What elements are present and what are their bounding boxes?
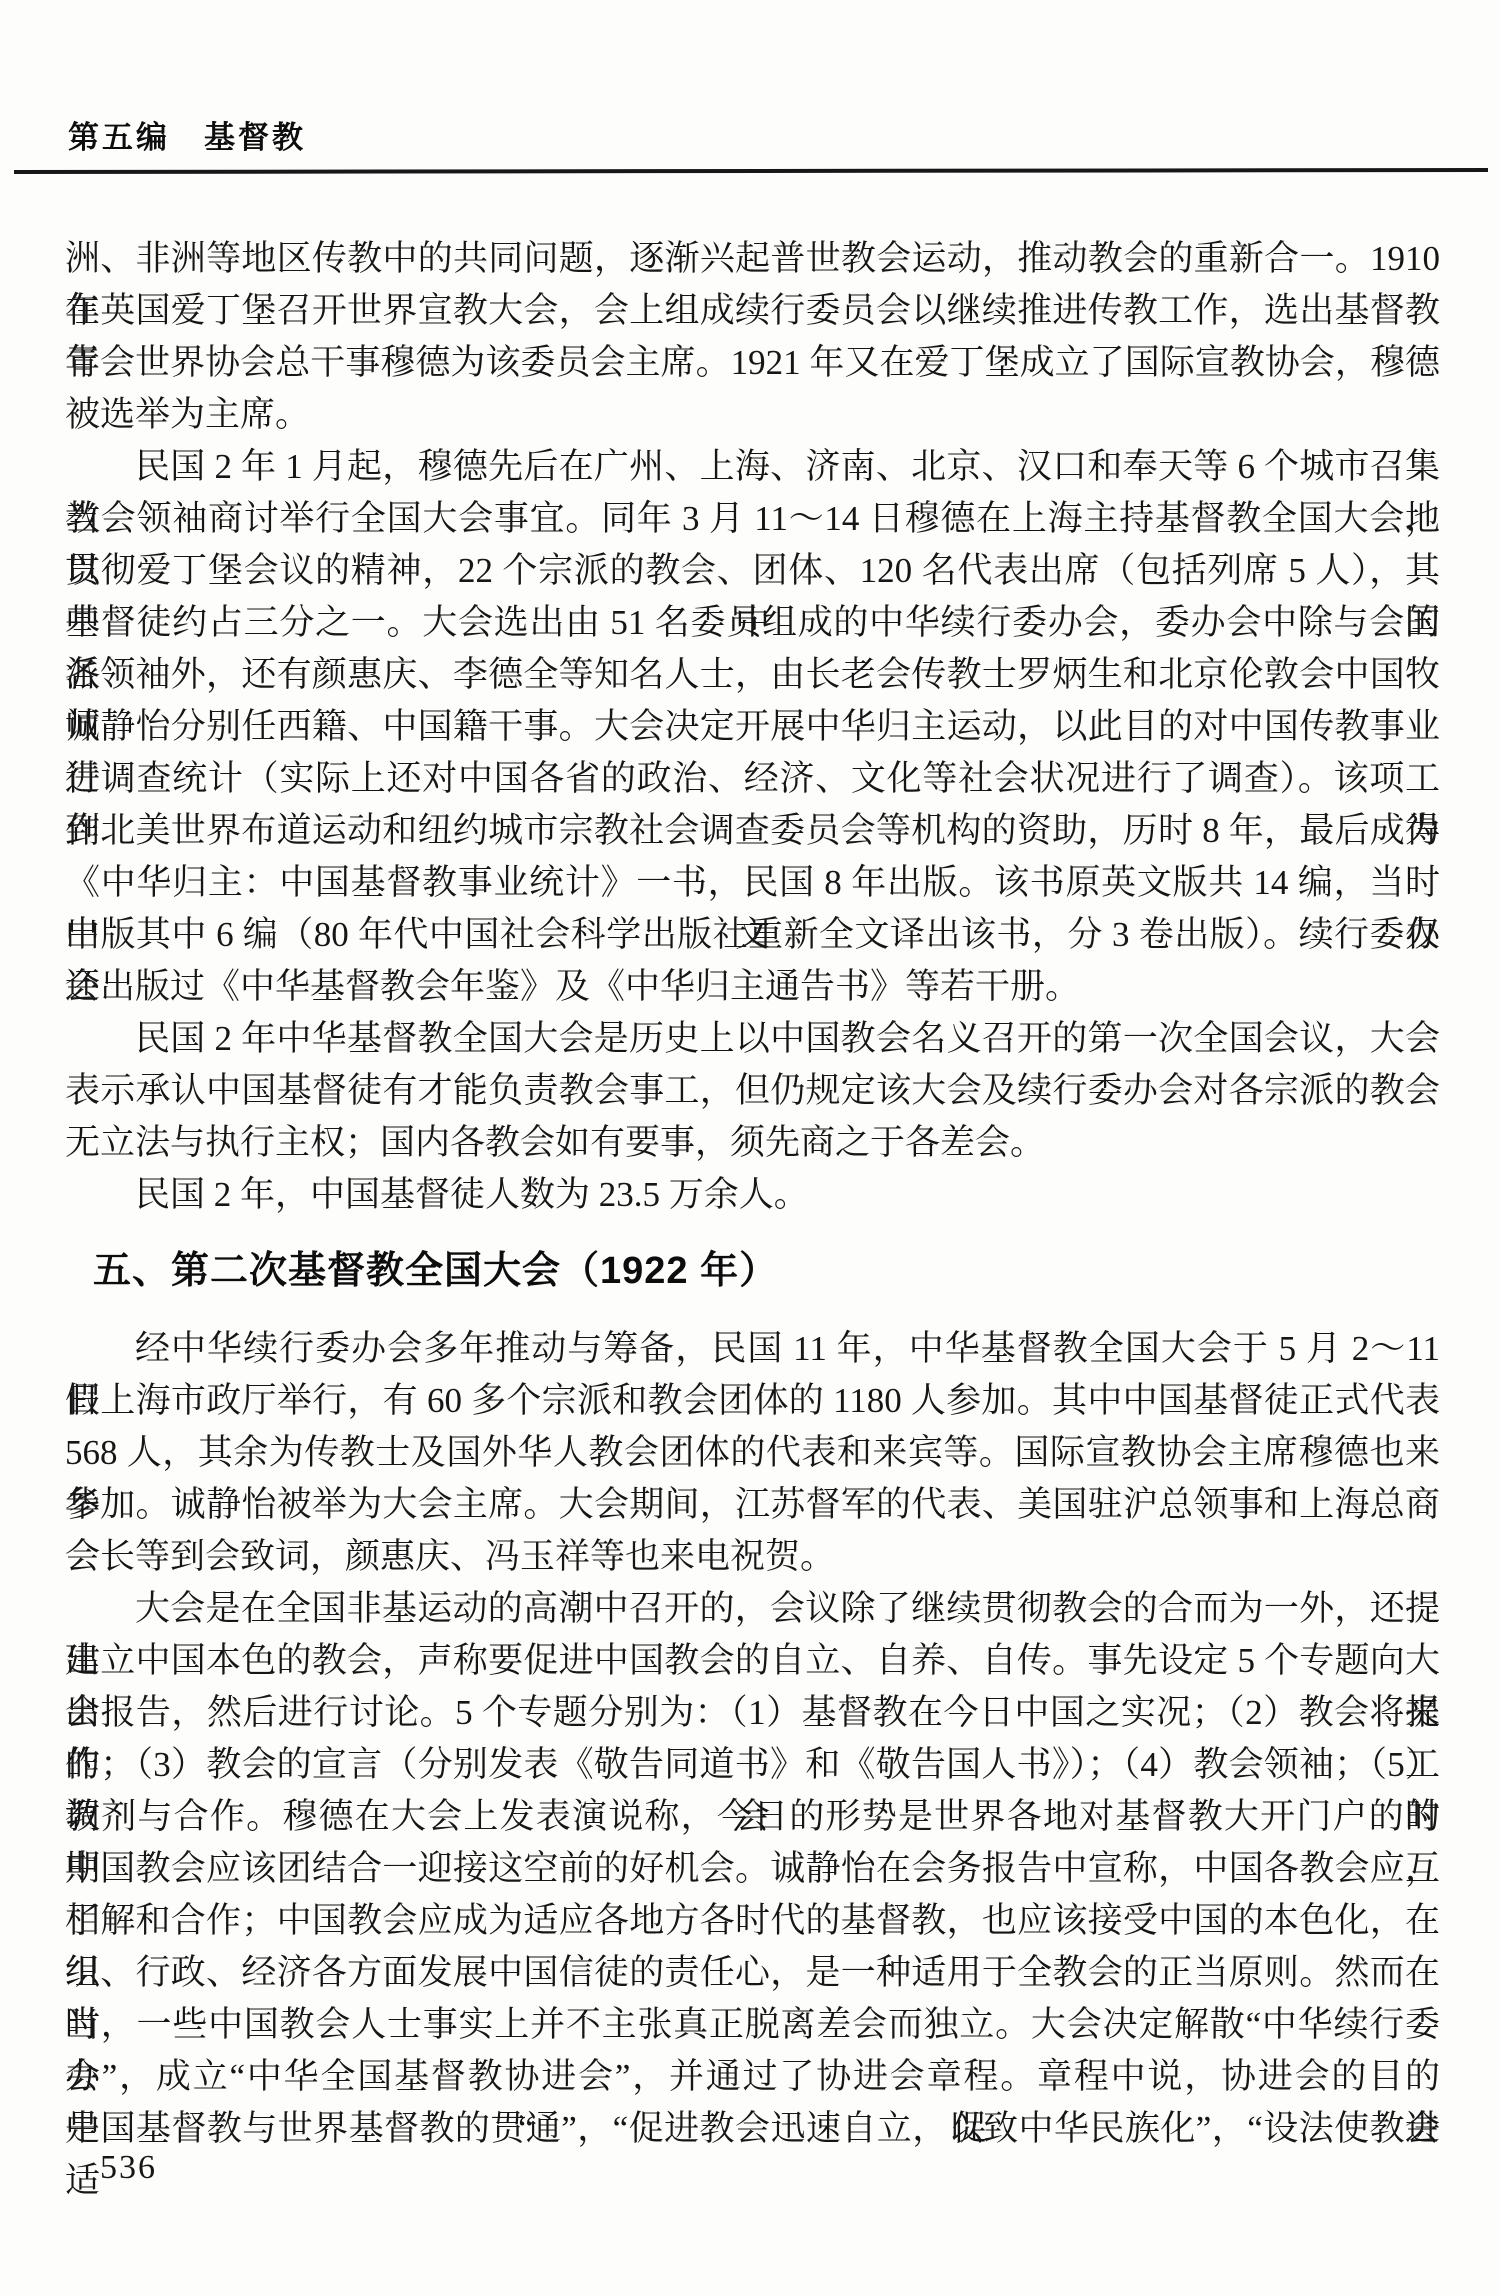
text-line: 民国 2 年 1 月起，穆德先后在广州、上海、济南、北京、汉口和奉天等 6 个城…	[65, 441, 1440, 493]
text-line: 织、行政、经济各方面发展中国信徒的责任心，是一种适用于全教会的正当原则。然而在当	[65, 1947, 1440, 1999]
paragraph: 民国 2 年 1 月起，穆德先后在广州、上海、济南、北京、汉口和奉天等 6 个城…	[65, 441, 1440, 1013]
body-text: 洲、非洲等地区传教中的共同问题，逐渐兴起普世教会运动，推动教会的重新合一。191…	[65, 233, 1440, 2155]
text-line: 行调查统计（实际上还对中国各省的政治、经济、文化等社会状况进行了调查）。该项工作…	[65, 753, 1440, 805]
text-line: 贯彻爱丁堡会议的精神，22 个宗派的教会、团体、120 名代表出席（包括列席 5…	[65, 545, 1440, 597]
paragraph: 经中华续行委办会多年推动与筹备，民国 11 年，中华基督教全国大会于 5 月 2…	[65, 1323, 1440, 1583]
text-line: 《中华归主：中国基督教事业统计》一书，民国 8 年出版。该书原英文版共 14 编…	[65, 857, 1440, 909]
text-line: 还出版过《中华基督教会年鉴》及《中华归主通告书》等若干册。	[65, 961, 1440, 1013]
text-line: 调剂与合作。穆德在大会上发表演说称，今日的形势是世界各地对基督教大开门户的时期，	[65, 1791, 1440, 1843]
header-divider	[14, 168, 1488, 174]
text-line: 568 人，其余为传教士及国外华人教会团体的代表和来宾等。国际宣教协会主席穆德也…	[65, 1427, 1440, 1479]
text-line: 派领袖外，还有颜惠庆、李德全等知名人士，由长老会传教士罗炳生和北京伦敦会中国牧师	[65, 649, 1440, 701]
text-line: 出报告，然后进行讨论。5 个专题分别为：（1）基督教在今日中国之实况；（2）教会…	[65, 1687, 1440, 1739]
text-line: 教会领袖商讨举行全国大会事宜。同年 3 月 11～14 日穆德在上海主持基督教全…	[65, 493, 1440, 545]
section-heading: 五、第二次基督教全国大会（1922 年）	[93, 1245, 1440, 1297]
text-line: 经中华续行委办会多年推动与筹备，民国 11 年，中华基督教全国大会于 5 月 2…	[65, 1323, 1440, 1375]
book-page: 第五编 基督教 洲、非洲等地区传教中的共同问题，逐渐兴起普世教会运动，推动教会的…	[0, 0, 1500, 2295]
text-line: 基督徒约占三分之一。大会选出由 51 名委员组成的中华续行委办会，委办会中除与会…	[65, 597, 1440, 649]
text-line: 了解和合作；中国教会应成为适应各地方各时代的基督教，也应该接受中国的本色化，在组	[65, 1895, 1440, 1947]
text-line: 中国基督教与世界基督教的贯通”，“促进教会迅速自立，以致中华民族化”，“设法使教…	[65, 2103, 1440, 2155]
running-header: 第五编 基督教	[68, 112, 306, 157]
text-line: 诚静怡分别任西籍、中国籍干事。大会决定开展中华归主运动，以此目的对中国传教事业进	[65, 701, 1440, 753]
text-line: 中国教会应该团结合一迎接这空前的好机会。诚静怡在会务报告中宣称，中国各教会应互相	[65, 1843, 1440, 1895]
text-line: 出版其中 6 编（80 年代中国社会科学出版社重新全文译出该书，分 3 卷出版）…	[65, 909, 1440, 961]
text-line: 参加。诚静怡被举为大会主席。大会期间，江苏督军的代表、美国驻沪总领事和上海总商会	[65, 1479, 1440, 1531]
text-line: 大会是在全国非基运动的高潮中召开的，会议除了继续贯彻教会的合而为一外，还提出	[65, 1583, 1440, 1635]
text-line: 在英国爱丁堡召开世界宣教大会，会上组成续行委员会以继续推进传教工作，选出基督教青	[65, 285, 1440, 337]
text-line: 假上海市政厅举行，有 60 多个宗派和教会团体的 1180 人参加。其中中国基督…	[65, 1375, 1440, 1427]
page-number: 536	[100, 2148, 157, 2188]
text-line: 被选举为主席。	[65, 389, 1440, 441]
text-line: 会长等到会致词，颜惠庆、冯玉祥等也来电祝贺。	[65, 1531, 1440, 1583]
text-line: 民国 2 年，中国基督徒人数为 23.5 万余人。	[65, 1169, 1440, 1221]
text-line: 时，一些中国教会人士事实上并不主张真正脱离差会而独立。大会决定解散“中华续行委办	[65, 1999, 1440, 2051]
paragraph: 洲、非洲等地区传教中的共同问题，逐渐兴起普世教会运动，推动教会的重新合一。191…	[65, 233, 1440, 441]
paragraph: 民国 2 年中华基督教全国大会是历史上以中国教会名义召开的第一次全国会议，大会表…	[65, 1013, 1440, 1169]
text-line: 无立法与执行主权；国内各教会如有要事，须先商之于各差会。	[65, 1117, 1440, 1169]
text-line: 表示承认中国基督徒有才能负责教会事工，但仍规定该大会及续行委办会对各宗派的教会	[65, 1065, 1440, 1117]
text-line: 建立中国本色的教会，声称要促进中国教会的自立、自养、自传。事先设定 5 个专题向…	[65, 1635, 1440, 1687]
text-line: 会”，成立“中华全国基督教协进会”，并通过了协进会章程。章程中说，协进会的目的是…	[65, 2051, 1440, 2103]
text-line: 民国 2 年中华基督教全国大会是历史上以中国教会名义召开的第一次全国会议，大会	[65, 1013, 1440, 1065]
paragraph: 民国 2 年，中国基督徒人数为 23.5 万余人。	[65, 1169, 1440, 1221]
text-line: 年会世界协会总干事穆德为该委员会主席。1921 年又在爱丁堡成立了国际宣教协会，…	[65, 337, 1440, 389]
paragraph: 大会是在全国非基运动的高潮中召开的，会议除了继续贯彻教会的合而为一外，还提出建立…	[65, 1583, 1440, 2155]
text-line: 到北美世界布道运动和纽约城市宗教社会调查委员会等机构的资助，历时 8 年，最后成…	[65, 805, 1440, 857]
text-line: 作；（3）教会的宣言（分别发表《敬告同道书》和《敬告国人书》）；（4）教会领袖；…	[65, 1739, 1440, 1791]
text-line: 洲、非洲等地区传教中的共同问题，逐渐兴起普世教会运动，推动教会的重新合一。191…	[65, 233, 1440, 285]
pre-heading-paragraphs: 洲、非洲等地区传教中的共同问题，逐渐兴起普世教会运动，推动教会的重新合一。191…	[65, 233, 1440, 1221]
post-heading-paragraphs: 经中华续行委办会多年推动与筹备，民国 11 年，中华基督教全国大会于 5 月 2…	[65, 1323, 1440, 2155]
